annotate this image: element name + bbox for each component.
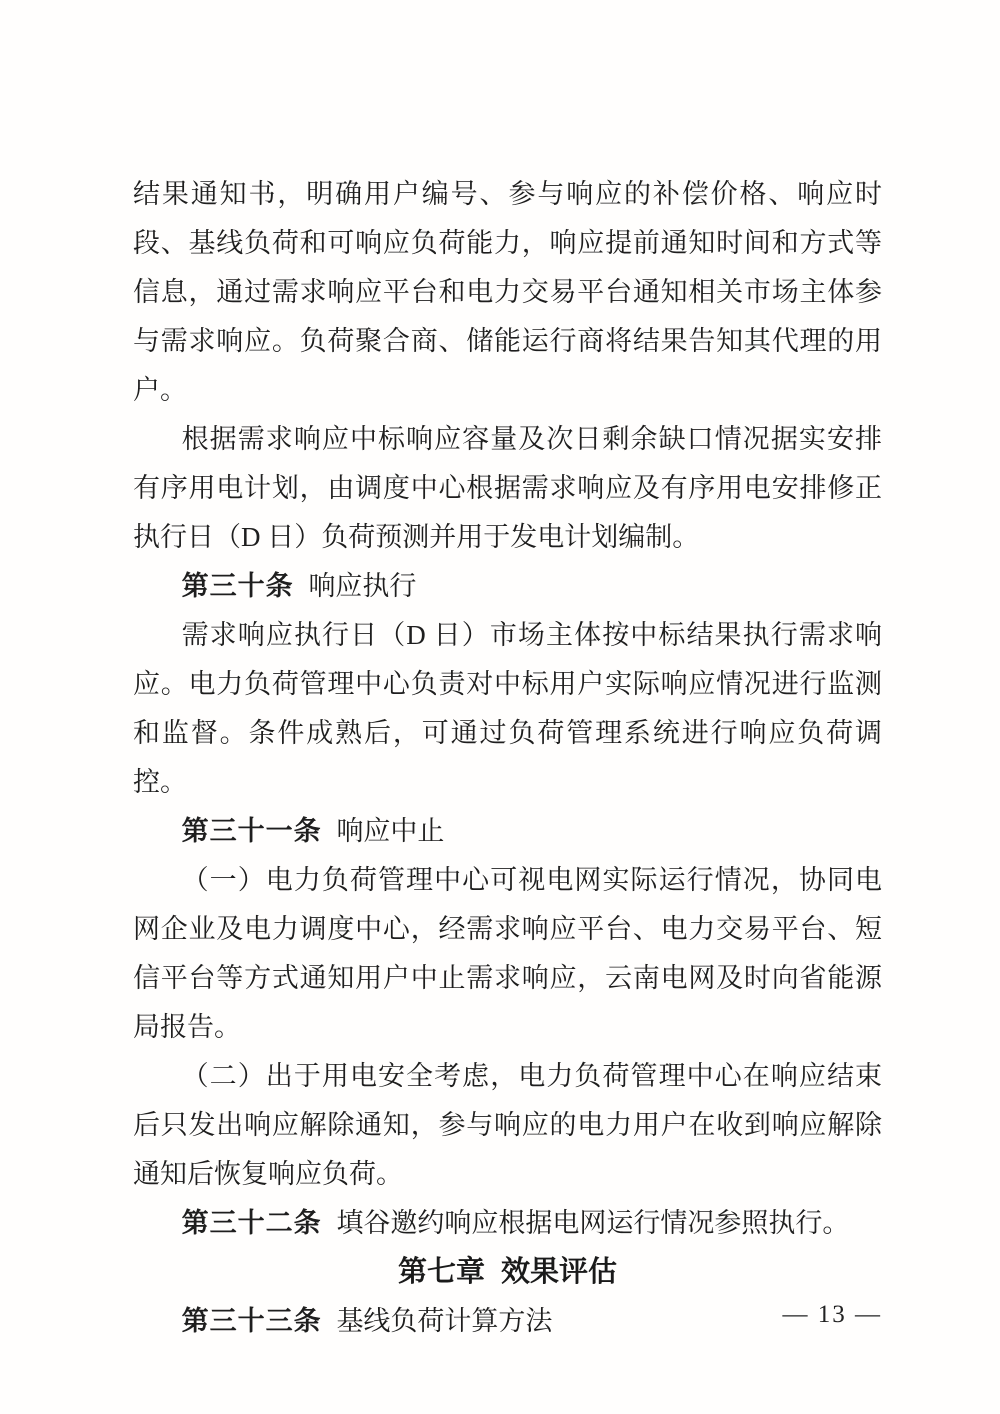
paragraph-order-plan: 根据需求响应中标响应容量及次日剩余缺口情况据实安排有序用电计划，由调度中心根据需… xyxy=(133,415,882,562)
paragraph-continuation: 结果通知书，明确用户编号、参与响应的补偿价格、响应时段、基线负荷和可响应负荷能力… xyxy=(133,170,882,415)
article-31-title: 响应中止 xyxy=(336,816,444,846)
chapter-7-heading: 第七章效果评估 xyxy=(133,1248,882,1297)
article-31-number: 第三十一条 xyxy=(182,816,322,846)
article-30-number: 第三十条 xyxy=(182,571,294,601)
article-32-text: 填谷邀约响应根据电网运行情况参照执行。 xyxy=(336,1208,849,1238)
article-30-title: 响应执行 xyxy=(308,571,416,601)
document-page: 结果通知书，明确用户编号、参与响应的补偿价格、响应时段、基线负荷和可响应负荷能力… xyxy=(0,0,1000,1414)
article-30-heading: 第三十条响应执行 xyxy=(133,562,882,611)
document-body: 结果通知书，明确用户编号、参与响应的补偿价格、响应时段、基线负荷和可响应负荷能力… xyxy=(133,170,882,1346)
paragraph-execution: 需求响应执行日（D 日）市场主体按中标结果执行需求响应。电力负荷管理中心负责对中… xyxy=(133,611,882,807)
page-number: — 13 — xyxy=(783,1300,883,1330)
article-32-number: 第三十二条 xyxy=(182,1208,322,1238)
article-33-heading: 第三十三条基线负荷计算方法 xyxy=(133,1297,882,1346)
article-31-heading: 第三十一条响应中止 xyxy=(133,807,882,856)
article-33-number: 第三十三条 xyxy=(182,1306,322,1336)
paragraph-item-1: （一）电力负荷管理中心可视电网实际运行情况，协同电网企业及电力调度中心，经需求响… xyxy=(133,856,882,1052)
paragraph-item-2: （二）出于用电安全考虑，电力负荷管理中心在响应结束后只发出响应解除通知，参与响应… xyxy=(133,1052,882,1199)
chapter-7-number: 第七章 xyxy=(398,1256,485,1288)
chapter-7-title: 效果评估 xyxy=(501,1256,617,1288)
article-33-title: 基线负荷计算方法 xyxy=(336,1306,552,1336)
article-32-paragraph: 第三十二条填谷邀约响应根据电网运行情况参照执行。 xyxy=(133,1199,882,1248)
